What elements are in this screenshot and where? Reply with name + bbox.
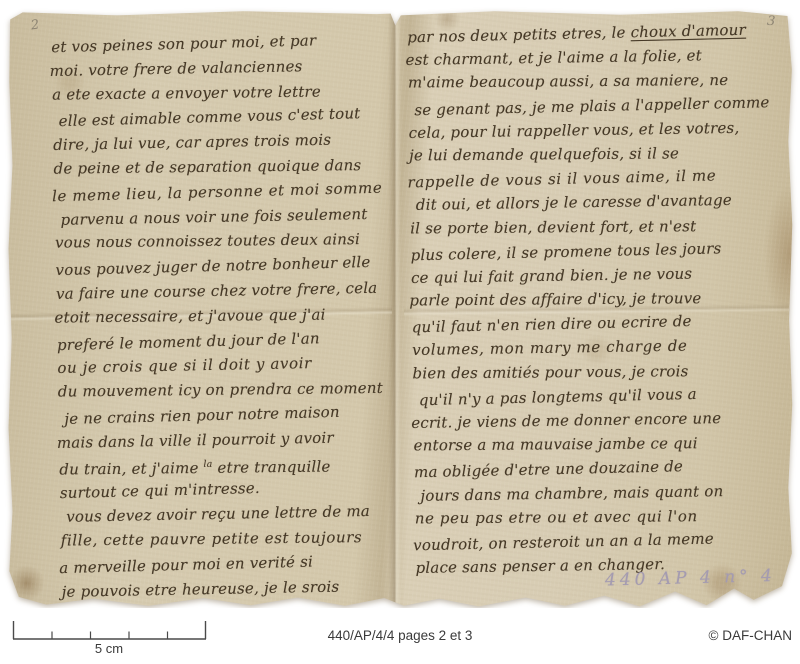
caption-bar: 5 cm 440/AP/4/4 pages 2 et 3 © DAF-CHAN [0,608,800,664]
scale-bar [12,618,208,642]
copyright-notice: © DAF-CHAN [709,628,792,643]
archive-scan-view: 2 3 et vos peines son pour moi, et parmo… [0,0,800,664]
archive-cote-annotation: 440 AP 4 n° 4 [605,566,795,591]
document-caption: 440/AP/4/4 pages 2 et 3 [328,628,473,643]
letter-scan: 2 3 et vos peines son pour moi, et parmo… [0,0,800,620]
page-number-left: 2 [30,17,40,33]
letter-page-left-text: et vos peines son pour moi, et parmoi. v… [51,27,412,604]
letter-page-right-text: par nos deux petits etres, le choux d'am… [407,18,800,580]
scale-bar-label: 5 cm [12,641,206,656]
letter-paper: 2 3 et vos peines son pour moi, et parmo… [7,10,793,607]
